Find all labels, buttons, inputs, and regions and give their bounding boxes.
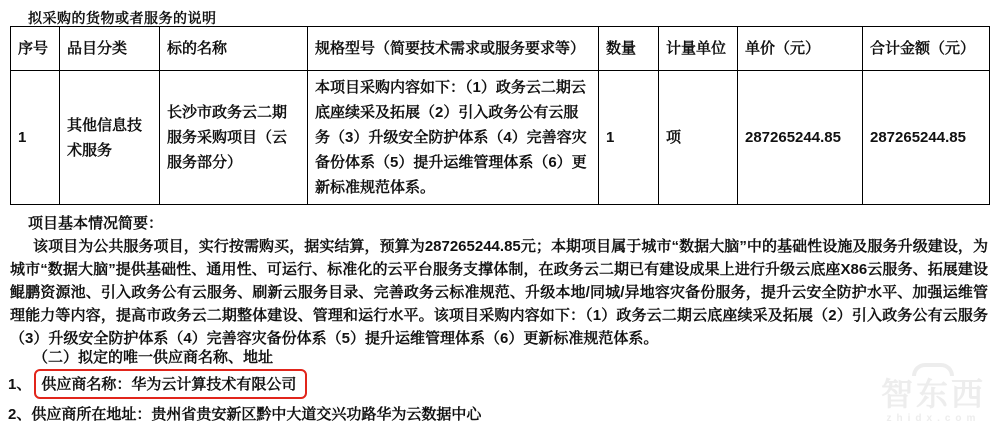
- supplier-name-line: 1、供应商名称：华为云计算技术有限公司: [8, 369, 307, 399]
- col-header-category: 品目分类: [60, 27, 160, 71]
- table-header-row: 序号 品目分类 标的名称 规格型号（简要技术需求或服务要求等） 数量 计量单位 …: [11, 27, 990, 71]
- summary-heading: 项目基本情况简要：: [10, 212, 988, 235]
- supplier-address-line: 2、供应商所在地址：贵州省贵安新区黔中大道交兴功路华为云数据中心: [8, 403, 481, 424]
- watermark-url-text: zhidx.com: [881, 413, 986, 424]
- supplier-address-text: 供应商所在地址：贵州省贵安新区黔中大道交兴功路华为云数据中心: [31, 406, 481, 423]
- cell-quantity: 1: [599, 71, 659, 205]
- col-header-total: 合计金额（元）: [863, 27, 990, 71]
- watermark-logo-text: 智东西: [881, 377, 986, 411]
- cell-spec: 本项目采购内容如下：（1）政务云二期云底座续采及拓展（2）引入政务公有云服务（3…: [308, 71, 599, 205]
- list-number-2: 2、: [8, 406, 31, 423]
- cell-unit-price: 287265244.85: [738, 71, 863, 205]
- procurement-table: 序号 品目分类 标的名称 规格型号（简要技术需求或服务要求等） 数量 计量单位 …: [10, 26, 990, 205]
- col-header-unit: 计量单位: [659, 27, 738, 71]
- cell-total-amount: 287265244.85: [863, 71, 990, 205]
- list-number-1: 1、: [8, 376, 31, 393]
- watermark-arc-icon: [912, 363, 954, 376]
- cell-seq: 1: [11, 71, 60, 205]
- zhidx-watermark: 智东西 zhidx.com: [881, 363, 986, 424]
- document-title: 拟采购的货物或者服务的说明: [28, 8, 217, 28]
- supplier-name-highlight-box: 供应商名称：华为云计算技术有限公司: [34, 369, 307, 399]
- project-summary: 项目基本情况简要： 该项目为公共服务项目，实行按需购买，据实结算，预算为2872…: [10, 212, 988, 350]
- cell-unit: 项: [659, 71, 738, 205]
- table-row: 1 其他信息技术服务 长沙市政务云二期服务采购项目（云服务部分） 本项目采购内容…: [11, 71, 990, 205]
- cell-subject: 长沙市政务云二期服务采购项目（云服务部分）: [160, 71, 308, 205]
- cell-category: 其他信息技术服务: [60, 71, 160, 205]
- col-header-unit-price: 单价（元）: [738, 27, 863, 71]
- col-header-quantity: 数量: [599, 27, 659, 71]
- col-header-spec: 规格型号（简要技术需求或服务要求等）: [308, 27, 599, 71]
- procurement-notice-document: 拟采购的货物或者服务的说明 序号 品目分类 标的名称 规格型号（简要技术需求或服…: [0, 0, 1000, 432]
- summary-body: 该项目为公共服务项目，实行按需购买，据实结算，预算为287265244.85元；…: [10, 235, 988, 350]
- section-heading-sole-supplier: （二）拟定的唯一供应商名称、地址: [33, 346, 273, 367]
- col-header-seq: 序号: [11, 27, 60, 71]
- col-header-subject: 标的名称: [160, 27, 308, 71]
